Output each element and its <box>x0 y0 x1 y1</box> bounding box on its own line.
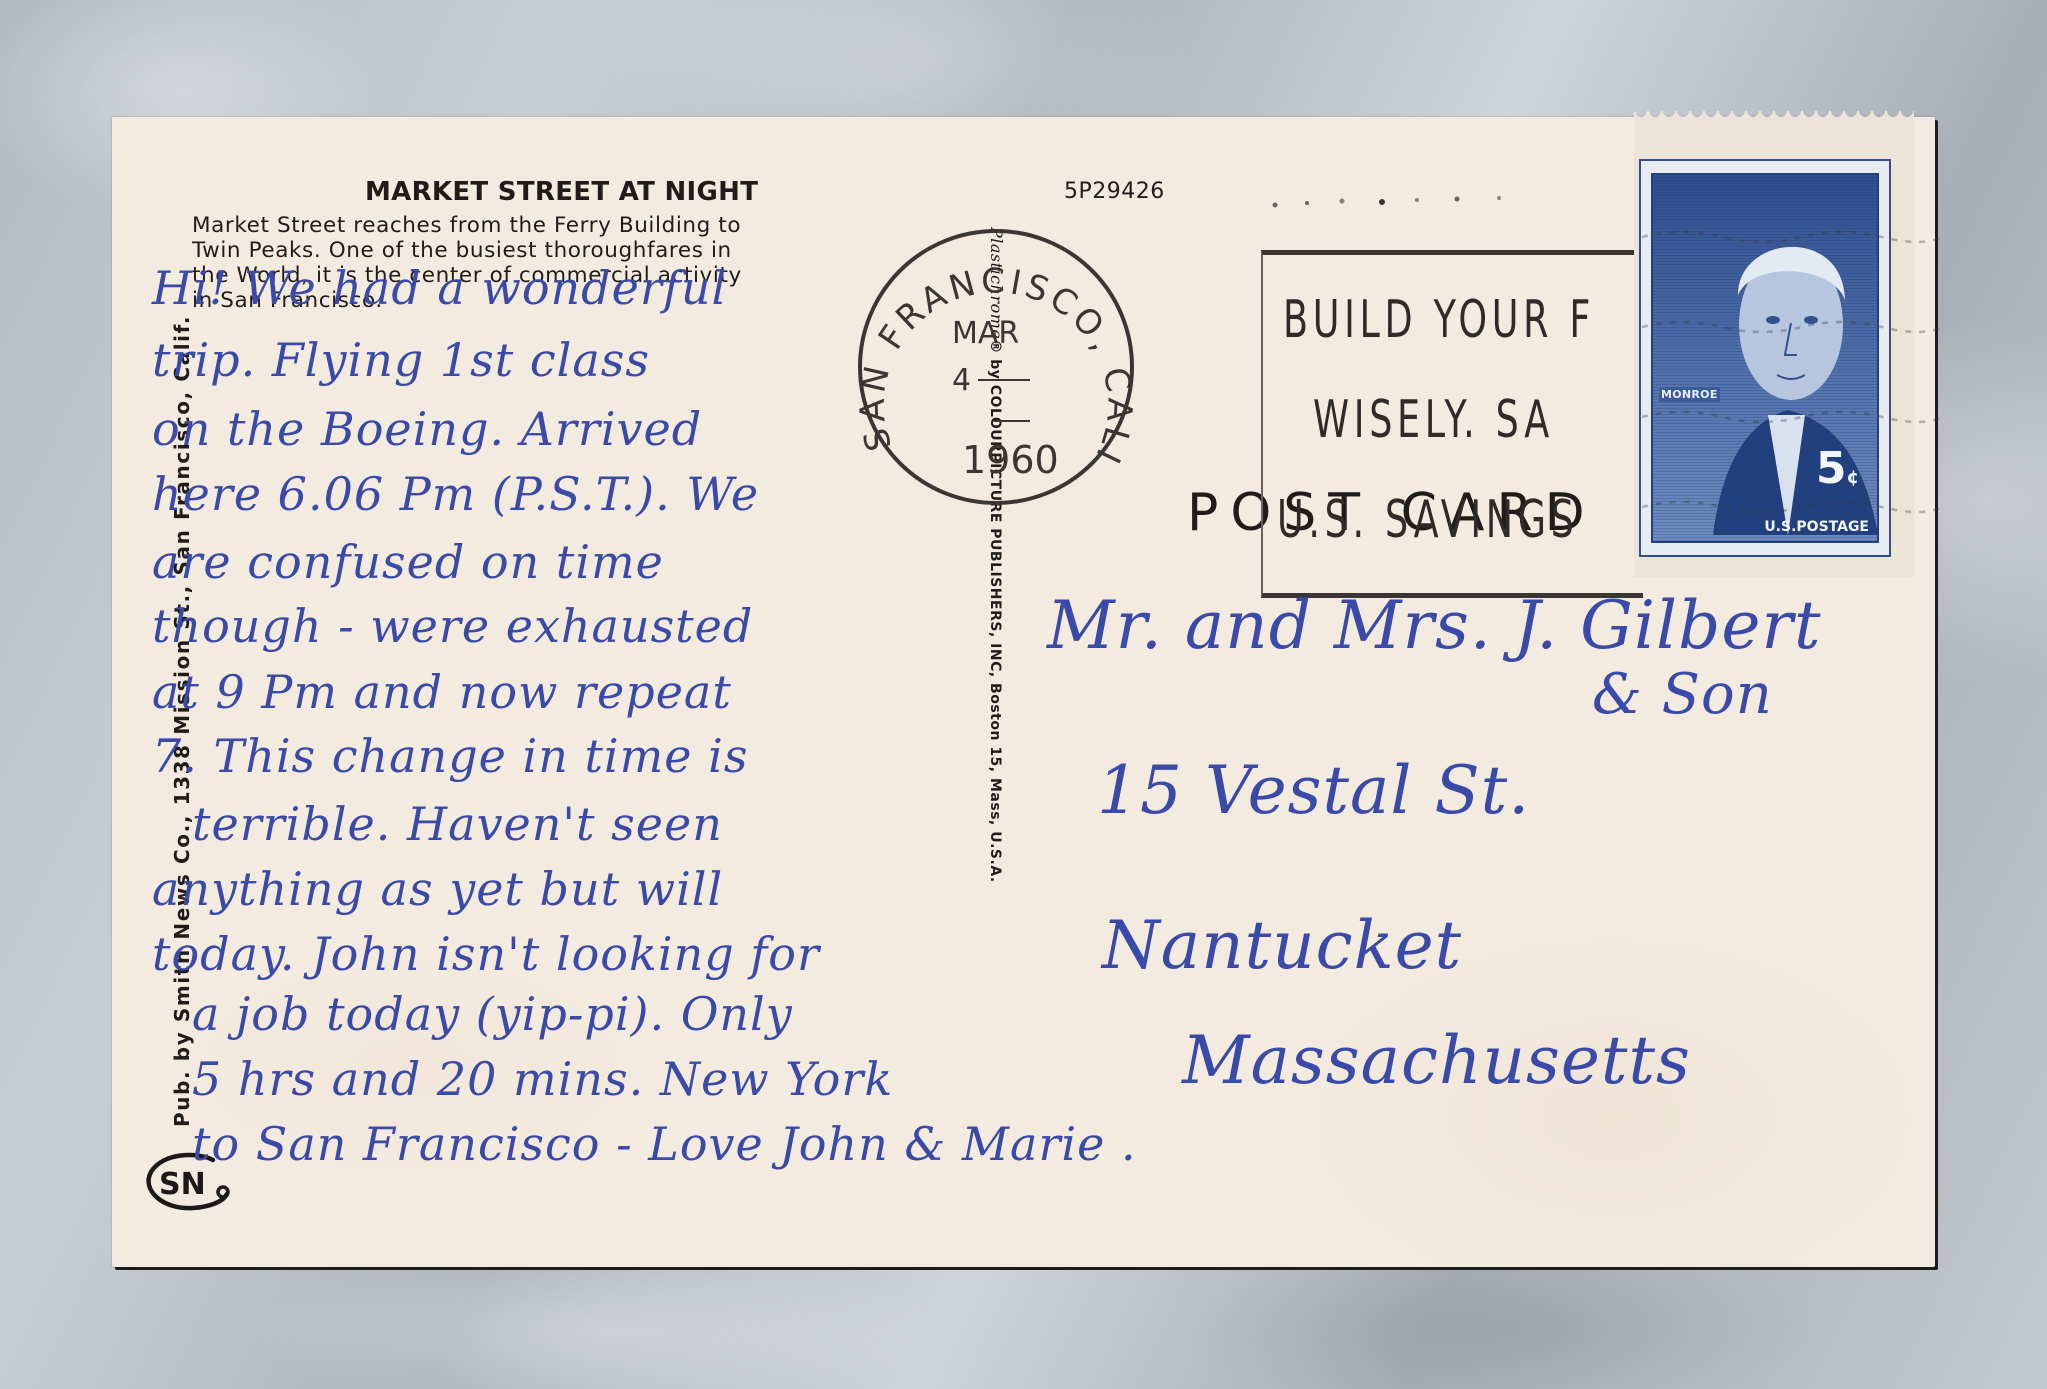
postmark-stamp: SAN FRANCISCO, CALIF. MAR 4 1960 <box>854 225 1138 509</box>
message-line: Hi! We had a wonderful <box>152 261 727 315</box>
message-line: are confused on time <box>152 535 664 589</box>
message-line: terrible. Haven't seen <box>192 797 723 851</box>
address-line: & Son <box>1592 662 1773 727</box>
address-line: Massachusetts <box>1182 1022 1691 1099</box>
catalog-code: 5P29426 <box>1064 179 1165 204</box>
message-line: to San Francisco - Love John & Marie . <box>192 1117 1137 1171</box>
svg-text:4: 4 <box>952 363 971 398</box>
message-line: a job today (yip-pi). Only <box>192 987 793 1041</box>
svg-text:SN: SN <box>159 1167 206 1202</box>
message-line: 5 hrs and 20 mins. New York <box>192 1052 893 1106</box>
message-line: today. John isn't looking for <box>152 927 820 981</box>
address-line: 15 Vestal St. <box>1097 752 1530 829</box>
slogan-cancel: BUILD YOUR F WISELY. SA U.S. SAVINGS <box>1261 250 1643 598</box>
cancel-wavy-lines <box>1642 177 1942 577</box>
slogan-line: WISELY. SA <box>1313 390 1554 450</box>
address-line: Nantucket <box>1102 907 1462 984</box>
message-line: trip. Flying 1st class <box>152 333 650 387</box>
address-line: Mr. and Mrs. J. Gilbert <box>1047 587 1822 664</box>
postcard-title: MARKET STREET AT NIGHT <box>365 177 758 207</box>
svg-text:1960: 1960 <box>962 438 1059 482</box>
message-line: at 9 Pm and now repeat <box>152 665 732 719</box>
message-line: here 6.06 Pm (P.S.T.). We <box>152 467 759 521</box>
message-line: 7. This change in time is <box>152 729 748 783</box>
message-line: anything as yet but will <box>152 862 723 916</box>
slogan-line: U.S. SAVINGS <box>1277 490 1579 550</box>
postcard: MARKET STREET AT NIGHT 5P29426 Market St… <box>112 117 1935 1267</box>
message-line: on the Boeing. Arrived <box>152 402 702 456</box>
message-line: though - were exhausted <box>152 599 753 653</box>
slogan-line: BUILD YOUR F <box>1283 290 1595 350</box>
cancel-dots <box>1267 187 1587 217</box>
svg-text:MAR: MAR <box>952 316 1019 351</box>
